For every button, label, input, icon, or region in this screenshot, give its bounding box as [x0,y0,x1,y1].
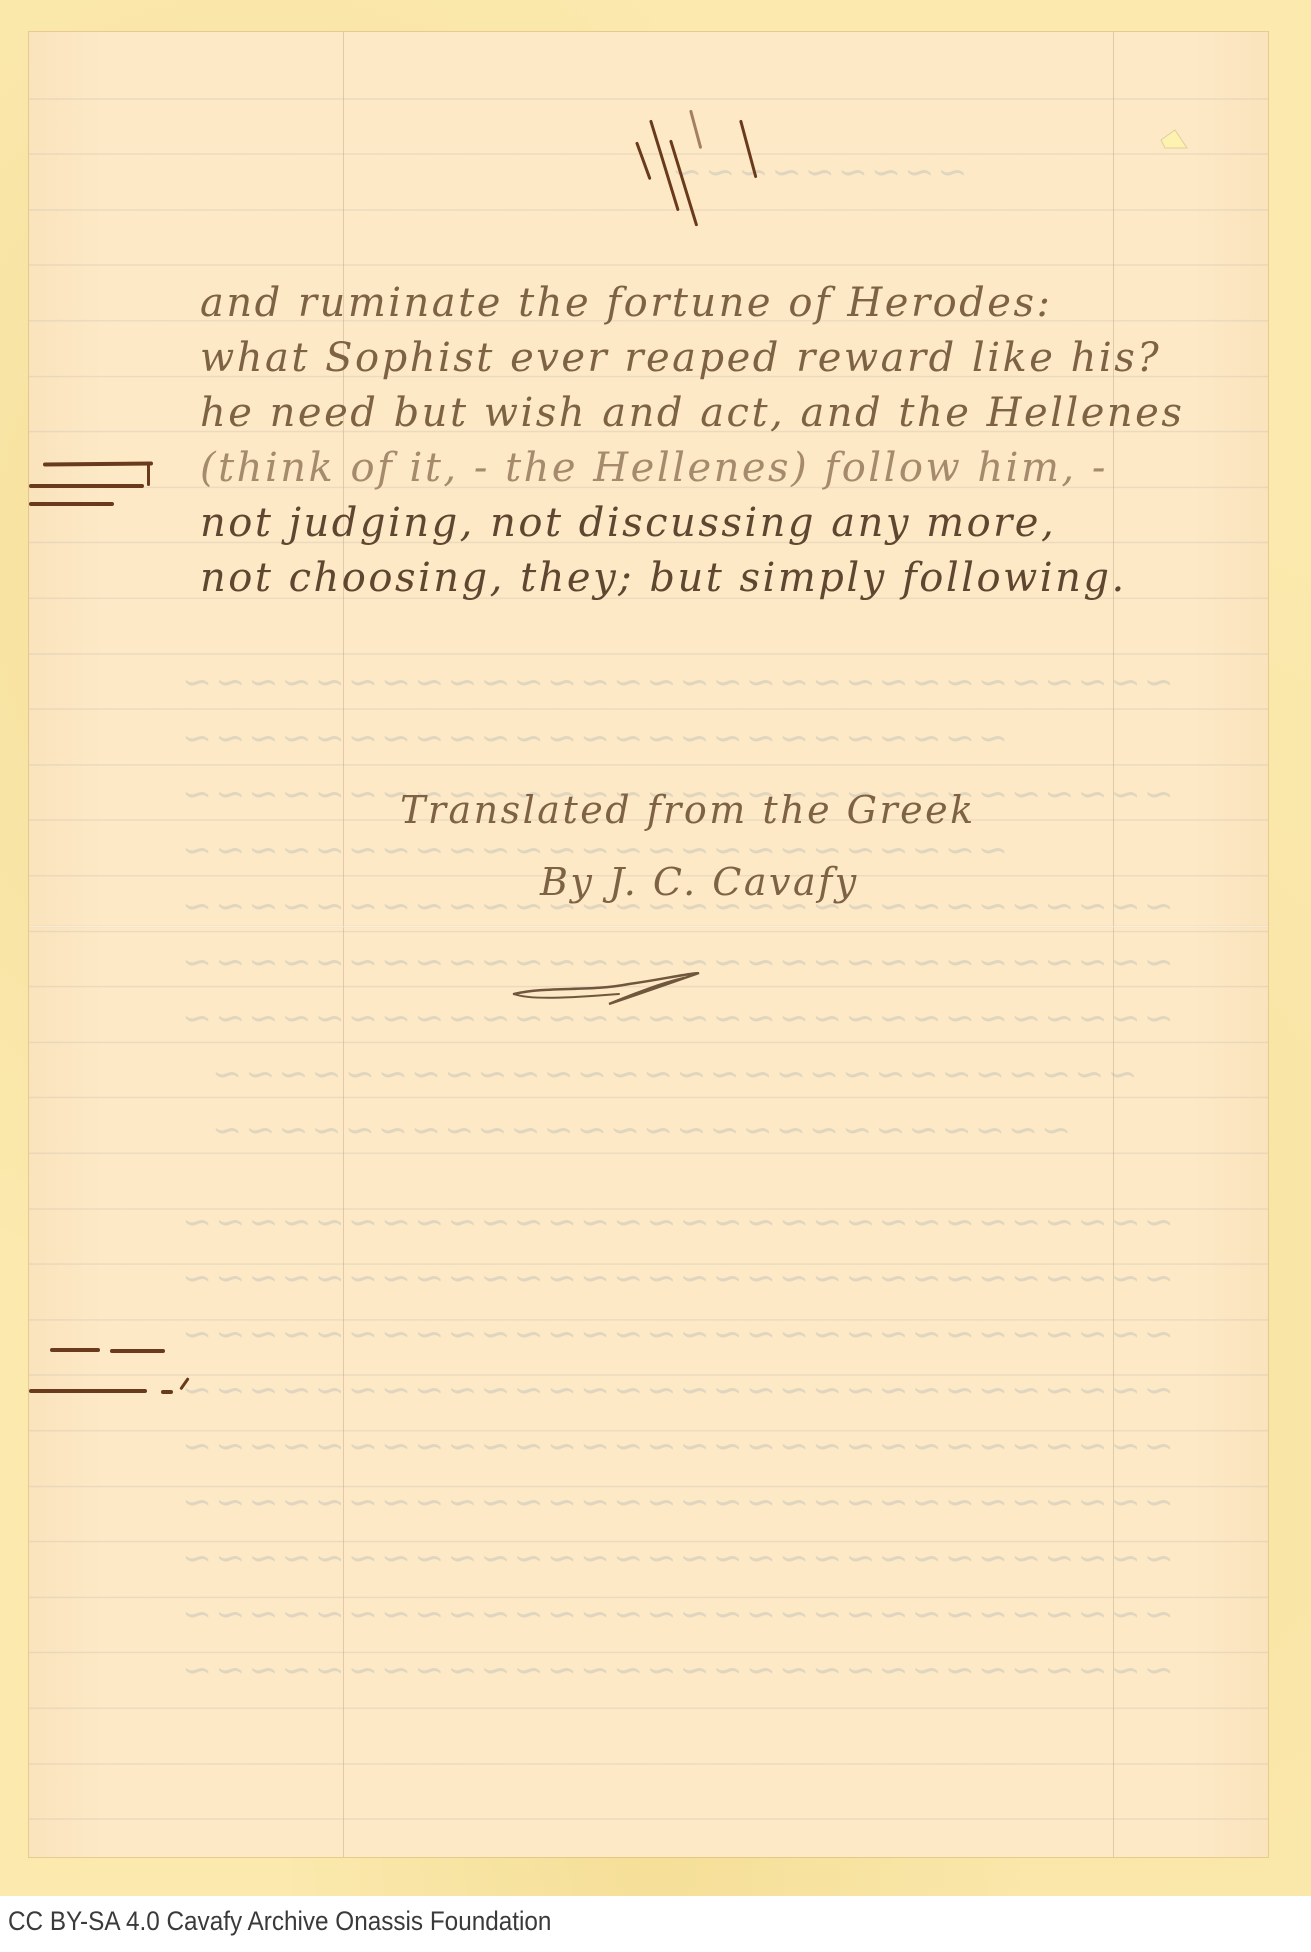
bleed-through: ~~~~~~~~~~~~~~~~~~~~~~~~~~~~~~ [179,1426,1174,1467]
bleed-through: ~~~~~~~~~~~~~~~~~~~~~~~~~~~~~~ [179,1594,1174,1635]
margin-mark [29,484,144,488]
bleed-through: ~~~~~~~~~~~~~~~~~~~~~~~~~~~~~~ [179,1370,1174,1411]
margin-mark [29,1389,147,1393]
paper-patch [1155,118,1195,158]
bleed-through: ~~~~~~~~~~~~~~~~~~~~~~~~~~~~~~ [179,1538,1174,1579]
bleed-through: ~~~~~~~~~~~~~~~~~~~~~~~~~~~~~~ [179,1314,1174,1355]
poem-line-4: (think of it, - the Hellenes) follow him… [200,445,1108,491]
manuscript-page: ~~~~~~~~~ ~~~~~~~~~~~~~~~~~~~~~~~~~~~~~~… [29,32,1268,1857]
margin-mark [29,502,114,506]
bleed-through: ~~~~~~~~~~~~~~~~~~~~~~~~~~~~ [209,1054,1138,1095]
poem-line-1: and ruminate the fortune of Herodes: [200,280,1052,326]
attribution-author: By J. C. Cavafy [540,860,859,904]
margin-mark [110,1349,165,1353]
poem-line-3: he need but wish and act, and the Hellen… [200,390,1184,436]
margin-mark [161,1390,173,1394]
bleed-through: ~~~~~~~~~~~~~~~~~~~~~~~~~~~~~~ [179,662,1174,703]
margin-mark [50,1348,100,1352]
flourish-mark [509,972,709,1012]
license-caption: CC BY-SA 4.0 Cavafy Archive Onassis Foun… [8,1906,551,1937]
margin-mark [147,464,150,486]
poem-line-2: what Sophist ever reaped reward like his… [200,335,1161,381]
scan-background: ~~~~~~~~~ ~~~~~~~~~~~~~~~~~~~~~~~~~~~~~~… [0,0,1311,1896]
bleed-through: ~~~~~~~~~~~~~~~~~~~~~~~~~~~~~~ [179,1202,1174,1243]
bleed-through: ~~~~~~~~~ [669,152,967,193]
bleed-through: ~~~~~~~~~~~~~~~~~~~~~~~~~~ [209,1110,1071,1151]
bleed-through: ~~~~~~~~~~~~~~~~~~~~~~~~~~~~~~ [179,1650,1174,1691]
bleed-through: ~~~~~~~~~~~~~~~~~~~~~~~~~~~~~~ [179,1482,1174,1523]
poem-line-5: not judging, not discussing any more, [200,500,1056,546]
bleed-through: ~~~~~~~~~~~~~~~~~~~~~~~~~~~~~~ [179,1258,1174,1299]
bleed-through: ~~~~~~~~~~~~~~~~~~~~~~~~~ [179,718,1008,759]
footer: CC BY-SA 4.0 Cavafy Archive Onassis Foun… [0,1896,1311,1952]
poem-line-6: not choosing, they; but simply following… [200,555,1127,601]
attribution-translated: Translated from the Greek [400,788,976,832]
